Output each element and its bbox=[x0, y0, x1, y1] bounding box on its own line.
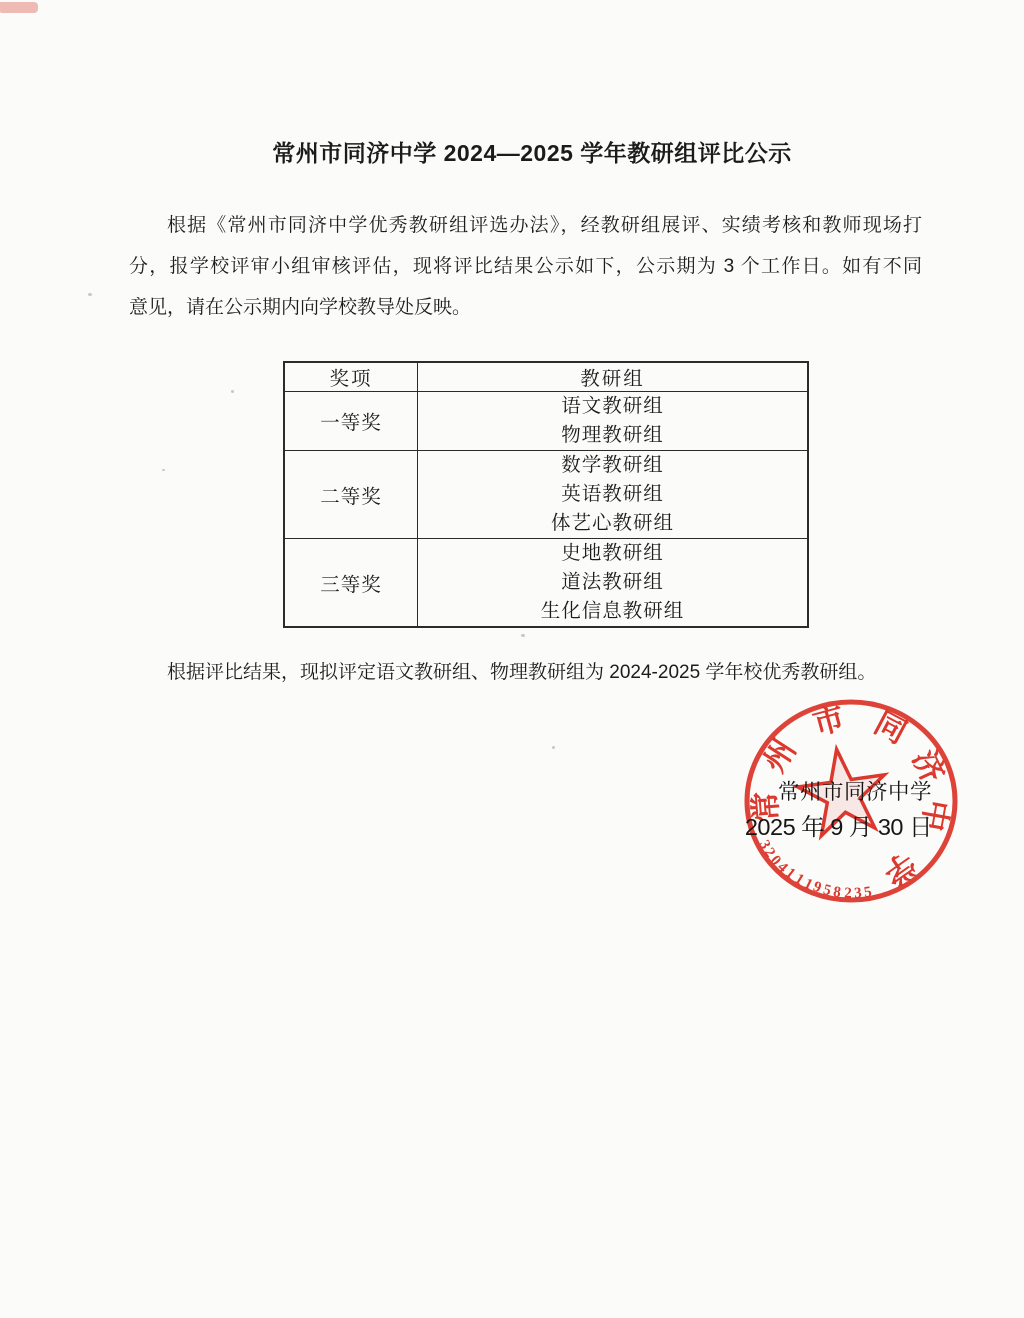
award-cell: 三等奖 bbox=[285, 539, 418, 626]
group-name: 英语教研组 bbox=[418, 480, 807, 509]
signature-date: 2025 年 9 月 30 日 bbox=[745, 812, 932, 842]
paragraph-line: 意见，请在公示期内向学校教导处反映。 bbox=[129, 287, 922, 328]
paragraph-line: 分，报学校评审小组审核评估，现将评比结果公示如下，公示期为 3 个工作日。如有不… bbox=[129, 246, 922, 287]
group-name: 物理教研组 bbox=[418, 421, 807, 450]
groups-cell: 数学教研组 英语教研组 体艺心教研组 bbox=[418, 451, 807, 538]
group-name: 数学教研组 bbox=[418, 451, 807, 480]
paper-speck bbox=[521, 634, 525, 637]
group-name: 体艺心教研组 bbox=[418, 509, 807, 538]
table-header-row: 奖项 教研组 bbox=[285, 363, 807, 391]
paragraph-line: 根据《常州市同济中学优秀教研组评选办法》，经教研组展评、实绩考核和教师现场打 bbox=[129, 205, 922, 246]
group-name: 语文教研组 bbox=[418, 392, 807, 421]
paper-speck bbox=[162, 469, 165, 471]
document-page: 常州市同济中学 2024—2025 学年教研组评比公示 根据《常州市同济中学优秀… bbox=[0, 0, 1024, 1318]
closing-paragraph: 根据评比结果，现拟评定语文教研组、物理教研组为 2024-2025 学年校优秀教… bbox=[129, 653, 929, 693]
paper-speck bbox=[231, 390, 234, 393]
award-cell: 二等奖 bbox=[285, 451, 418, 538]
award-table: 奖项 教研组 一等奖 语文教研组 物理教研组 二等奖 数学教研组 英语教研组 体… bbox=[283, 361, 809, 628]
paper-speck bbox=[552, 746, 555, 749]
body-paragraph: 根据《常州市同济中学优秀教研组评选办法》，经教研组展评、实绩考核和教师现场打 分… bbox=[129, 205, 922, 328]
groups-cell: 史地教研组 道法教研组 生化信息教研组 bbox=[418, 539, 807, 626]
group-name: 史地教研组 bbox=[418, 539, 807, 568]
column-header-group: 教研组 bbox=[418, 363, 807, 391]
table-row: 三等奖 史地教研组 道法教研组 生化信息教研组 bbox=[285, 538, 807, 626]
group-name: 道法教研组 bbox=[418, 568, 807, 597]
table-row: 一等奖 语文教研组 物理教研组 bbox=[285, 391, 807, 450]
signature-school-name: 常州市同济中学 bbox=[745, 779, 932, 805]
group-name: 生化信息教研组 bbox=[418, 597, 807, 626]
seal-serial-digit: 2 bbox=[843, 885, 851, 902]
table-row: 二等奖 数学教研组 英语教研组 体艺心教研组 bbox=[285, 450, 807, 538]
groups-cell: 语文教研组 物理教研组 bbox=[418, 392, 807, 450]
award-cell: 一等奖 bbox=[285, 392, 418, 450]
column-header-award: 奖项 bbox=[285, 363, 418, 391]
signature-block: 常州市同济中学 2025 年 9 月 30 日 bbox=[745, 779, 932, 842]
paper-speck bbox=[88, 293, 92, 296]
page-title: 常州市同济中学 2024—2025 学年教研组评比公示 bbox=[20, 138, 1024, 168]
seal-serial-digit: 3 bbox=[854, 885, 863, 902]
red-mark-fragment bbox=[0, 2, 38, 13]
